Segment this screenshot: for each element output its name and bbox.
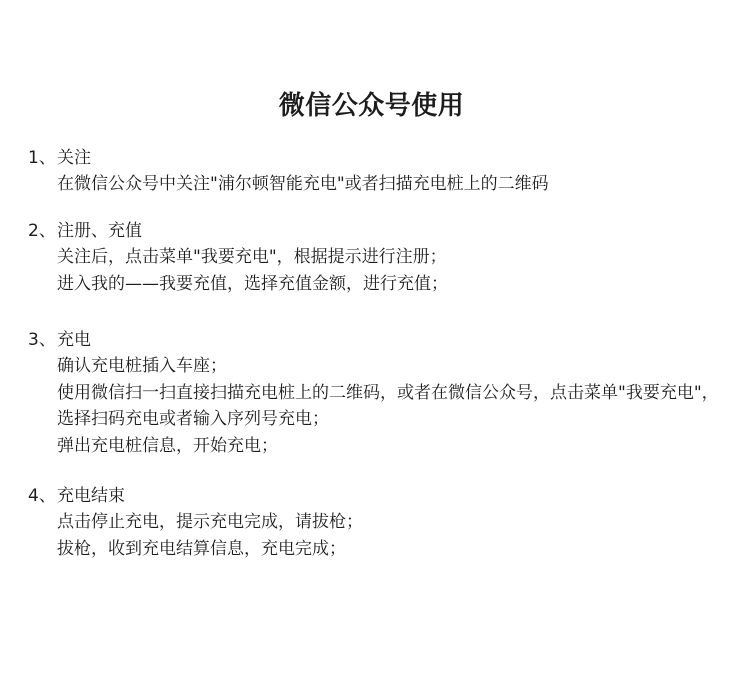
section-heading: 3、充电 bbox=[0, 327, 743, 353]
section-line: 在微信公众号中关注"浦尔顿智能充电"或者扫描充电桩上的二维码 bbox=[0, 171, 743, 197]
section-number: 2、 bbox=[28, 218, 57, 244]
section-heading: 2、注册、充值 bbox=[0, 218, 743, 244]
section-line: 选择扫码充电或者输入序列号充电； bbox=[0, 406, 743, 432]
section-charging: 3、充电 确认充电桩插入车座； 使用微信扫一扫直接扫描充电桩上的二维码，或者在微… bbox=[0, 327, 743, 459]
section-register-recharge: 2、注册、充值 关注后，点击菜单"我要充电"，根据提示进行注册； 进入我的——我… bbox=[0, 218, 743, 297]
section-follow: 1、关注 在微信公众号中关注"浦尔顿智能充电"或者扫描充电桩上的二维码 bbox=[0, 145, 743, 198]
page-title: 微信公众号使用 bbox=[0, 91, 743, 121]
section-heading: 4、充电结束 bbox=[0, 483, 743, 509]
section-heading-label: 充电结束 bbox=[57, 486, 125, 506]
section-line: 进入我的——我要充值，选择充值金额，进行充值； bbox=[0, 271, 743, 297]
section-heading-label: 关注 bbox=[57, 148, 91, 168]
section-line: 点击停止充电，提示充电完成，请拔枪； bbox=[0, 509, 743, 535]
section-line: 拔枪，收到充电结算信息，充电完成； bbox=[0, 536, 743, 562]
section-line: 关注后，点击菜单"我要充电"，根据提示进行注册； bbox=[0, 244, 743, 270]
section-line: 确认充电桩插入车座； bbox=[0, 353, 743, 379]
section-charging-end: 4、充电结束 点击停止充电，提示充电完成，请拔枪； 拔枪，收到充电结算信息，充电… bbox=[0, 483, 743, 562]
section-heading: 1、关注 bbox=[0, 145, 743, 171]
section-line: 使用微信扫一扫直接扫描充电桩上的二维码，或者在微信公众号，点击菜单"我要充电"， bbox=[0, 380, 743, 406]
section-heading-label: 充电 bbox=[57, 330, 91, 350]
section-number: 3、 bbox=[28, 327, 57, 353]
document-page: 微信公众号使用 1、关注 在微信公众号中关注"浦尔顿智能充电"或者扫描充电桩上的… bbox=[0, 0, 743, 674]
section-number: 1、 bbox=[28, 145, 57, 171]
section-heading-label: 注册、充值 bbox=[57, 221, 142, 241]
section-number: 4、 bbox=[28, 483, 57, 509]
section-line: 弹出充电桩信息，开始充电； bbox=[0, 433, 743, 459]
